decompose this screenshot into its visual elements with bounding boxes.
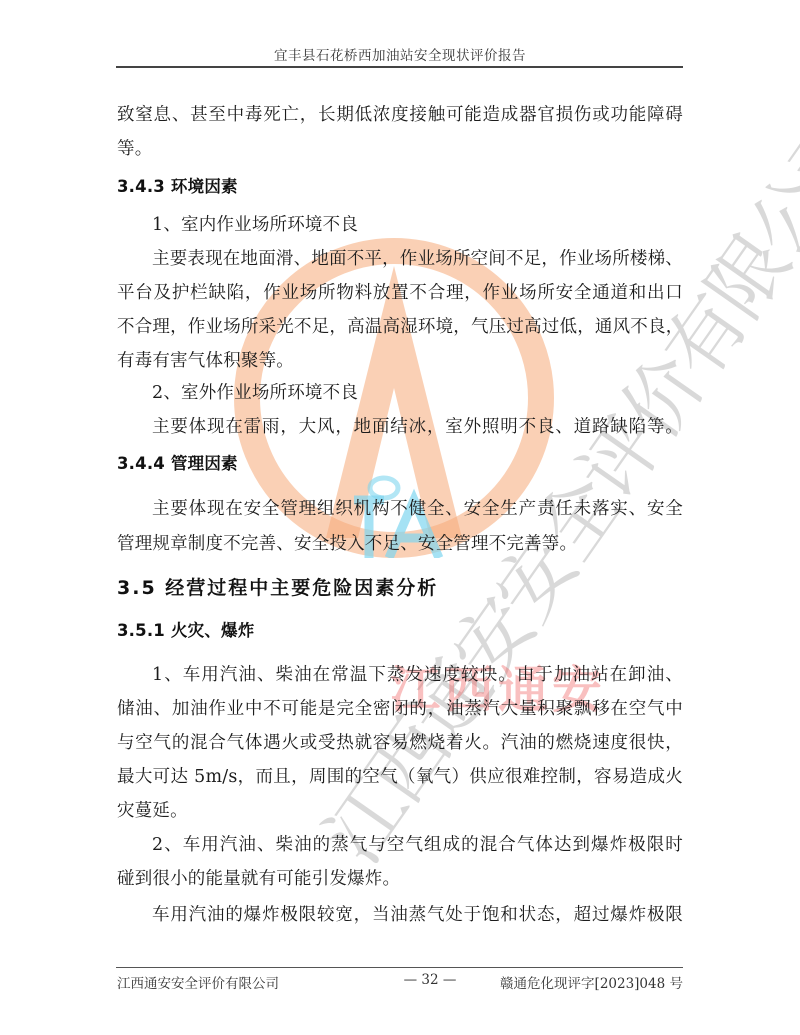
page-header-title: 宜丰县石花桥西加油站安全现状评价报告: [117, 44, 683, 64]
section-heading-3-4-4: 3.4.4 管理因素: [117, 452, 238, 476]
paragraph-line: 与空气的混合气体遇火或受热就容易燃烧着火。汽油的燃烧速度很快，: [117, 731, 683, 755]
paragraph-line: 碰到很小的能量就有可能引发爆炸。: [117, 867, 400, 891]
paragraph-line: 管理规章制度不完善、安全投入不足、安全管理不完善等。: [117, 532, 577, 556]
list-item-heading: 1、室内作业场所环境不良: [152, 213, 358, 237]
paragraph-line: 不合理，作业场所采光不足，高温高湿环境，气压过高过低，通风不良，: [117, 315, 683, 339]
paragraph-line: 主要体现在雷雨，大风，地面结冰，室外照明不良、道路缺陷等。: [152, 415, 683, 439]
page-number: — 32 —: [380, 972, 480, 988]
header-divider: [116, 66, 683, 68]
paragraph-line: 有毒有害气体积聚等。: [117, 349, 294, 373]
section-heading-3-5-1: 3.5.1 火灾、爆炸: [117, 619, 254, 643]
footer-company: 江西通安安全评价有限公司: [117, 972, 279, 992]
footer-divider: [116, 967, 683, 968]
paragraph-line: 储油、加油作业中不可能是完全密闭的，油蒸汽大量积聚飘移在空气中: [117, 697, 683, 721]
paragraph-line: 等。: [117, 137, 152, 161]
document-page: 江西通安安全评价有限公司 江西通安 宜丰县石花桥西加油站安全现状评价报告 致窒息…: [0, 0, 800, 1035]
section-heading-3-4-3: 3.4.3 环境因素: [117, 175, 238, 199]
paragraph-line: 2、车用汽油、柴油的蒸气与空气组成的混合气体达到爆炸极限时: [152, 833, 683, 857]
list-item-heading: 2、室外作业场所环境不良: [152, 381, 358, 405]
paragraph-line: 主要体现在安全管理组织机构不健全、安全生产责任未落实、安全: [152, 497, 683, 521]
paragraph-line: 致窒息、甚至中毒死亡，长期低浓度接触可能造成器官损伤或功能障碍: [117, 103, 683, 127]
paragraph-line: 1、车用汽油、柴油在常温下蒸发速度较快。由于加油站在卸油、: [152, 663, 683, 687]
paragraph-line: 平台及护栏缺陷，作业场所物料放置不合理，作业场所安全通道和出口: [117, 281, 683, 305]
document-number: 赣通危化现评字[2023]048 号: [500, 972, 683, 992]
paragraph-line: 主要表现在地面滑、地面不平，作业场所空间不足，作业场所楼梯、: [152, 247, 683, 271]
paragraph-line: 车用汽油的爆炸极限较宽，当油蒸气处于饱和状态，超过爆炸极限: [152, 903, 683, 927]
paragraph-line: 灾蔓延。: [117, 799, 188, 823]
section-heading-3-5: 3.5 经营过程中主要危险因素分析: [117, 576, 438, 600]
paragraph-line: 最大可达 5m/s，而且，周围的空气（氧气）供应很难控制，容易造成火: [117, 765, 683, 789]
watermark-diagonal-text: 江西通安安全评价有限公司: [293, 90, 800, 882]
